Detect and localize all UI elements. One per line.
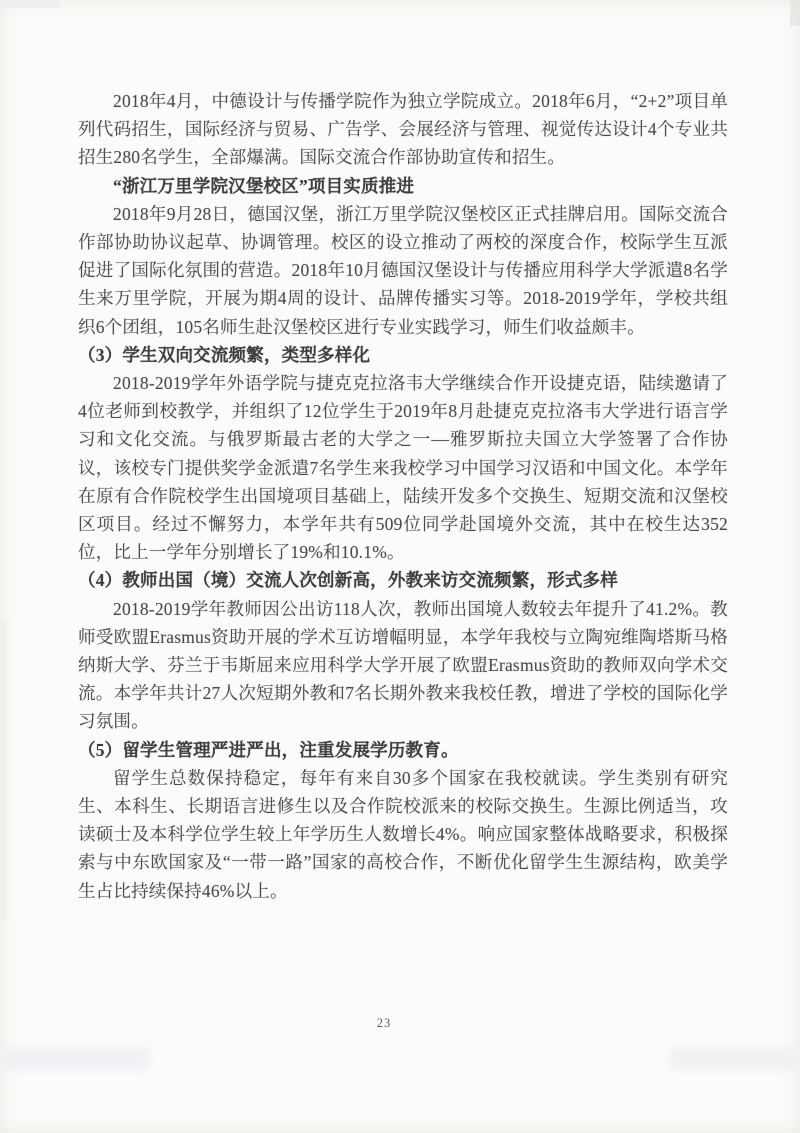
scan-smudge xyxy=(790,0,800,26)
scan-smudge xyxy=(0,1048,150,1070)
scanned-document-page: 2018年4月，中德设计与传播学院作为独立学院成立。2018年6月，“2+2”项… xyxy=(0,0,800,1133)
section-heading-5-international-students: （5）留学生管理严进严出，注重发展学历教育。 xyxy=(78,736,728,764)
paragraph-international-students: 留学生总数保持稳定，每年有来自30多个国家在我校就读。学生类别有研究生、本科生、… xyxy=(78,764,728,905)
paragraph-student-exchange: 2018-2019学年外语学院与捷克克拉洛韦大学继续合作开设捷克语，陆续邀请了4… xyxy=(78,369,728,566)
page-number: 23 xyxy=(0,1016,768,1031)
section-heading-hamburg-campus: “浙江万里学院汉堡校区”项目实质推进 xyxy=(78,172,728,200)
section-heading-3-student-exchange: （3）学生双向交流频繁，类型多样化 xyxy=(78,341,728,369)
section-heading-4-teacher-exchange: （4）教师出国（境）交流人次创新高，外教来访交流频繁，形式多样 xyxy=(78,566,728,594)
document-body: 2018年4月，中德设计与传播学院作为独立学院成立。2018年6月，“2+2”项… xyxy=(78,87,728,905)
scan-smudge xyxy=(670,1048,800,1070)
scan-smudge xyxy=(0,0,60,8)
paragraph-teacher-exchange: 2018-2019学年教师因公出访118人次，教师出国境人数较去年提升了41.2… xyxy=(78,595,728,736)
scan-smudge xyxy=(0,620,6,920)
paragraph-intro-2plus2-program: 2018年4月，中德设计与传播学院作为独立学院成立。2018年6月，“2+2”项… xyxy=(78,87,728,172)
paragraph-hamburg-campus: 2018年9月28日，德国汉堡，浙江万里学院汉堡校区正式挂牌启用。国际交流合作部… xyxy=(78,200,728,341)
